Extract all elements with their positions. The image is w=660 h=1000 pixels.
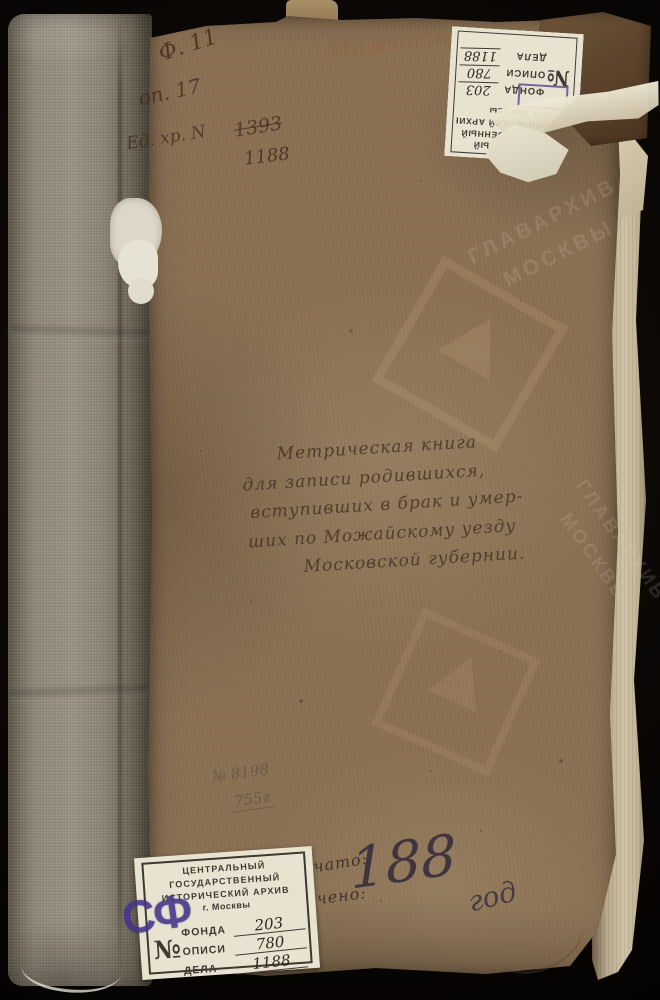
row-label: ДЕЛА	[184, 961, 235, 976]
cover-specks	[146, 14, 148, 16]
archive-label-bottom: ЦЕНТРАЛЬНЫЙ ГОСУДАРСТВЕННЫЙ ИСТОРИЧЕСКИЙ…	[134, 846, 320, 980]
archival-book-photo: Ф. 11 оп. 17 Ед. хр. N 1393 1188 Можайск…	[0, 0, 660, 1000]
cloth-spine	[8, 14, 152, 986]
row-label: ОПИСИ	[501, 66, 546, 80]
row-value: 203	[458, 81, 498, 96]
row-value: 780	[459, 64, 499, 79]
title-inscription: Метрическая книга для записи родившихся,…	[240, 422, 593, 586]
row-value: 1188	[460, 47, 500, 62]
patch-blob	[128, 278, 154, 304]
sf-purple-stamp: СФ	[118, 882, 193, 945]
row-label: ДЕЛА	[502, 49, 547, 63]
spine-crease	[118, 16, 122, 982]
